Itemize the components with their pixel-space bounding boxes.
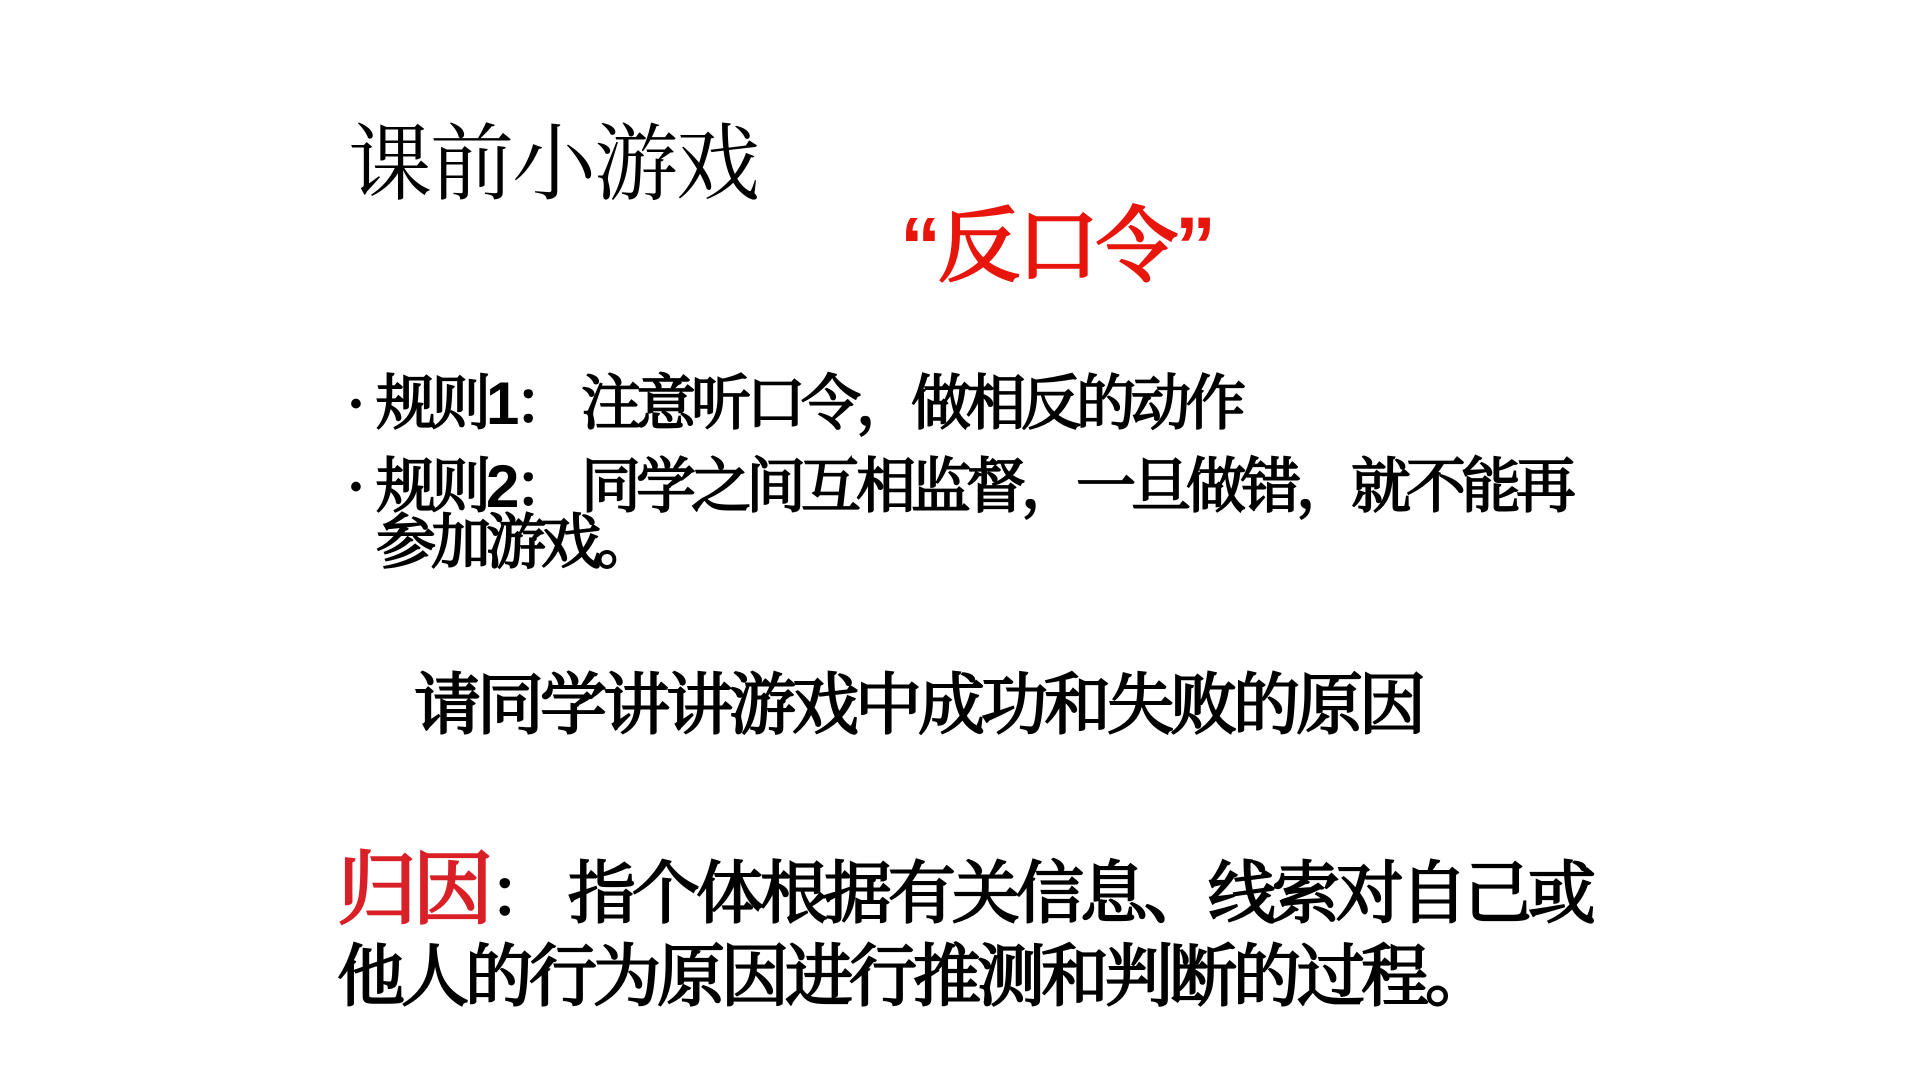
discussion-prompt: 请同学讲讲游戏中成功和失败的原因 bbox=[414, 672, 1422, 739]
definition-term: 归因 bbox=[337, 845, 489, 934]
rule-1-text: 规则1： 注意听口令，做相反的动作 bbox=[376, 376, 1690, 432]
presentation-slide: 课前小游戏 “反口令” • 规则1： 注意听口令，做相反的动作 • 规则2： 同… bbox=[0, 0, 1920, 1080]
game-name-subtitle: “反口令” bbox=[900, 206, 1213, 288]
rule-2-line-1: 规则2： 同学之间互相监督，一旦做错，就不能再 bbox=[376, 459, 1690, 515]
rule-item-1: • 规则1： 注意听口令，做相反的动作 bbox=[350, 376, 1690, 432]
bullet-icon: • bbox=[350, 376, 376, 432]
definition-line-2: 他人的行为原因进行推测和判断的过程。 bbox=[337, 936, 1757, 1019]
rule-2-line-2: 参加游戏。 bbox=[376, 515, 1690, 571]
definition-line-1: ： 指个体根据有关信息、线索对自己或 bbox=[489, 856, 1592, 932]
attribution-definition: 归因： 指个体根据有关信息、线索对自己或 他人的行为原因进行推测和判断的过程。 bbox=[337, 848, 1757, 1019]
rule-item-2: • 规则2： 同学之间互相监督，一旦做错，就不能再 参加游戏。 bbox=[350, 459, 1690, 571]
slide-title: 课前小游戏 bbox=[348, 122, 758, 206]
rules-list: • 规则1： 注意听口令，做相反的动作 • 规则2： 同学之间互相监督，一旦做错… bbox=[350, 376, 1690, 598]
bullet-icon: • bbox=[350, 459, 376, 515]
